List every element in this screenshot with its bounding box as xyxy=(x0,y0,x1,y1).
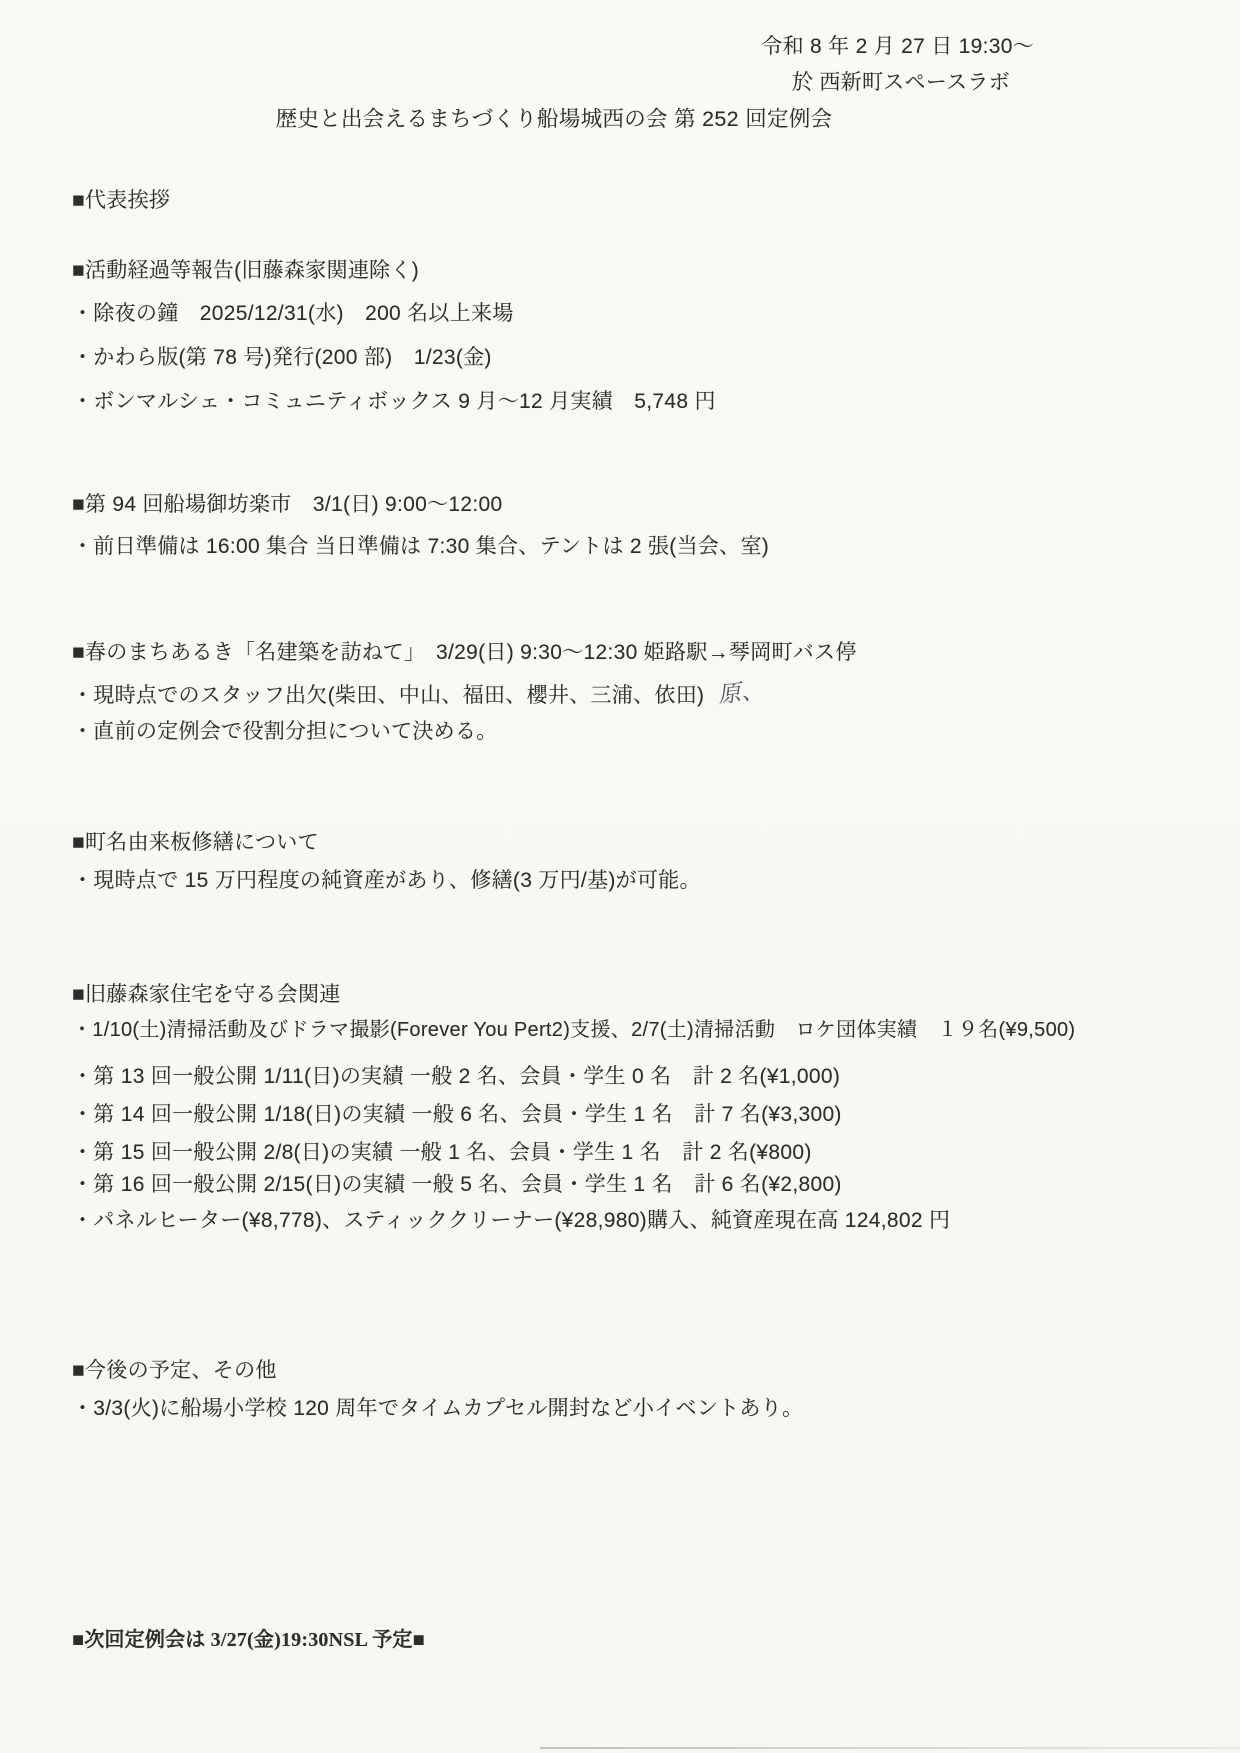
agenda-item: ・前日準備は 16:00 集合 当日準備は 7:30 集合、テントは 2 張(当… xyxy=(72,534,769,560)
scan-edge-artifact xyxy=(540,1747,1240,1749)
section-heading-upcoming: ■今後の予定、その他 xyxy=(72,1358,277,1384)
agenda-item: ・第 16 回一般公開 2/15(日)の実績 一般 5 名、会員・学生 1 名 … xyxy=(72,1172,842,1198)
agenda-item: ・パネルヒーター(¥8,778)、スティッククリーナー(¥28,980)購入、純… xyxy=(72,1208,950,1234)
document-title: 歴史と出会えるまちづくり船場城西の会 第 252 回定例会 xyxy=(0,106,1174,133)
section-heading-activity-report: ■活動経過等報告(旧藤森家関連除く) xyxy=(72,258,419,284)
section-heading-sign-repair: ■町名由来板修繕について xyxy=(72,830,319,856)
meeting-datetime: 令和 8 年 2 月 27 日 19:30〜 xyxy=(761,34,1034,60)
meeting-venue: 於 西新町スペースラボ xyxy=(792,70,1010,96)
agenda-item: ・かわら版(第 78 号)発行(200 部) 1/23(金) xyxy=(72,345,492,371)
section-heading-spring-walk: ■春のまちあるき「名建築を訪ねて」 3/29(日) 9:30〜12:30 姫路駅… xyxy=(72,640,857,666)
agenda-item: ・現時点で 15 万円程度の純資産があり、修繕(3 万円/基)が可能。 xyxy=(72,868,701,894)
agenda-item: ・現時点でのスタッフ出欠(柴田、中山、福田、櫻井、三浦、依田)原、 xyxy=(72,681,765,710)
agenda-item: ・除夜の鐘 2025/12/31(水) 200 名以上来場 xyxy=(72,301,514,327)
agenda-item: ・ボンマルシェ・コミュニティボックス 9 月〜12 月実績 5,748 円 xyxy=(72,389,716,415)
section-heading-market: ■第 94 回船場御坊楽市 3/1(日) 9:00〜12:00 xyxy=(72,492,502,518)
agenda-item: ・第 15 回一般公開 2/8(日)の実績 一般 1 名、会員・学生 1 名 計… xyxy=(72,1140,812,1166)
agenda-item: ・第 14 回一般公開 1/18(日)の実績 一般 6 名、会員・学生 1 名 … xyxy=(72,1102,842,1128)
agenda-item: ・3/3(火)に船場小学校 120 周年でタイムカプセル開封など小イベントあり。 xyxy=(72,1396,803,1422)
next-meeting-footer: ■次回定例会は 3/27(金)19:30NSL 予定■ xyxy=(72,1628,425,1653)
agenda-item: ・1/10(土)清掃活動及びドラマ撮影(Forever You Pert2)支援… xyxy=(72,1018,1075,1043)
staff-attendance-text: ・現時点でのスタッフ出欠(柴田、中山、福田、櫻井、三浦、依田) xyxy=(72,684,704,707)
handwritten-attendance-note: 原、 xyxy=(716,676,766,710)
section-heading-fujimori-house: ■旧藤森家住宅を守る会関連 xyxy=(72,982,341,1008)
agenda-item: ・直前の定例会で役割分担について決める。 xyxy=(72,719,498,745)
section-heading-greeting: ■代表挨拶 xyxy=(72,188,170,214)
agenda-item: ・第 13 回一般公開 1/11(日)の実績 一般 2 名、会員・学生 0 名 … xyxy=(72,1064,840,1090)
scanned-meeting-agenda-page: 令和 8 年 2 月 27 日 19:30〜 於 西新町スペースラボ 歴史と出会… xyxy=(0,0,1240,1753)
